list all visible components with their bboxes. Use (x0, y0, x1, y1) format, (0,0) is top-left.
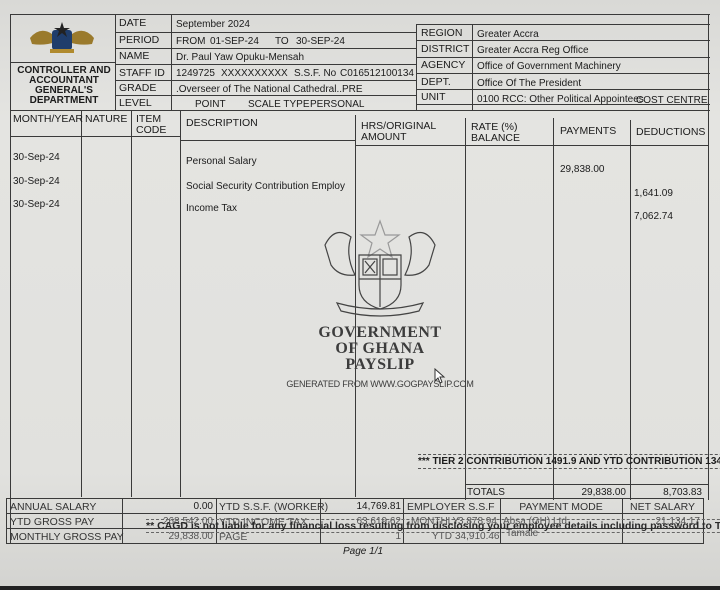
watermark-line-1: GOVERNMENT (280, 325, 480, 341)
row-month-year: 30-Sep-24 (13, 152, 60, 164)
watermark-line-3: PAYSLIP (280, 357, 480, 373)
district-label: DISTRICT (421, 43, 469, 55)
district-value: Greater Accra Reg Office (477, 45, 589, 57)
agency-label: AGENCY (421, 59, 465, 71)
monthly-gross-label: MONTHLY GROSS PAY (10, 531, 124, 543)
region-value: Greater Accra (477, 29, 539, 41)
annual-salary-label: ANNUAL SALARY (10, 501, 96, 513)
dept-line-4: DEPARTMENT (12, 96, 116, 106)
row-payment: 29,838.00 (560, 164, 605, 176)
ghana-coat-of-arms-icon (315, 215, 445, 325)
cost-centre-label: COST CENTRE (636, 95, 708, 107)
row-description: Social Security Contribution Employ (186, 181, 345, 193)
grade-value: .Overseer of The National Cathedral..PRE (176, 84, 363, 96)
period-label: PERIOD (119, 34, 159, 46)
cagd-disclaimer: ** CAGD is not liable for any financial … (146, 519, 720, 533)
dept-label: DEPT. (421, 76, 451, 88)
row-description: Personal Salary (186, 156, 257, 168)
annual-salary: 0.00 (125, 501, 213, 513)
page-number: Page 1/1 (343, 546, 383, 557)
period-from-label: FROM (176, 36, 205, 48)
employee-name: Dr. Paul Yaw Opuku-Mensah (176, 52, 304, 64)
unit-value: 0100 RCC: Other Political Appointees (477, 94, 644, 106)
department-name: CONTROLLER AND ACCOUNTANT GENERAL'S DEPA… (12, 66, 116, 106)
staff-id: 1249725 (176, 68, 215, 80)
date-label: DATE (119, 17, 146, 29)
period-to: 30-SEP-24 (296, 36, 345, 48)
ytd-gross-label: YTD GROSS PAY (10, 516, 94, 528)
ytd-ssf: 14,769.81 (323, 501, 401, 513)
row-deduction: 1,641.09 (634, 188, 673, 200)
employer-ssf-label: EMPLOYER S.S.F (407, 501, 495, 513)
col-description: DESCRIPTION (186, 117, 258, 129)
generated-from-note: GENERATED FROM WWW.GOGPAYSLIP.COM (280, 379, 480, 389)
row-month-year: 30-Sep-24 (13, 199, 60, 211)
row-deduction: 7,062.74 (634, 211, 673, 223)
col-month-year: MONTH/YEAR (13, 113, 83, 125)
ytd-ssf-label: YTD S.S.F. (WORKER) (219, 501, 328, 513)
mouse-cursor-icon (434, 368, 446, 389)
staff-id-label: STAFF ID (119, 67, 165, 79)
payslip-watermark: GOVERNMENT OF GHANA PAYSLIP GENERATED FR… (280, 215, 480, 389)
col-hrs-original-amount: HRS/ORIGINAL AMOUNT (361, 121, 461, 143)
date-value: September 2024 (176, 19, 250, 31)
net-salary-label: NET SALARY (622, 501, 703, 513)
col-deductions: DEDUCTIONS (636, 126, 705, 138)
monitor-bezel (0, 586, 720, 590)
staff-id-masked: XXXXXXXXXX (221, 68, 288, 80)
watermark-line-2: OF GHANA (280, 341, 480, 357)
coat-of-arms-logo (26, 20, 98, 56)
row-month-year: 30-Sep-24 (13, 176, 60, 188)
row-description: Income Tax (186, 203, 237, 215)
dept-value: Office Of The President (477, 78, 581, 90)
agency-value: Office of Government Machinery (477, 61, 621, 73)
region-label: REGION (421, 27, 462, 39)
col-payments: PAYMENTS (560, 125, 616, 137)
col-nature: NATURE (85, 113, 127, 125)
col-rate-balance: RATE (%) BALANCE (471, 122, 541, 144)
col-item-code: ITEM CODE (136, 114, 176, 136)
grade-label: GRADE (119, 82, 156, 94)
period-to-label: TO (275, 36, 289, 48)
tier2-contribution-note: *** TIER 2 CONTRIBUTION 1491.9 AND YTD C… (418, 454, 720, 469)
level-label: LEVEL (119, 97, 152, 109)
name-label: NAME (119, 50, 149, 62)
ssf-label: S.S.F. No (294, 68, 336, 80)
period-from: 01-SEP-24 (210, 36, 259, 48)
unit-label: UNIT (421, 91, 446, 103)
ssf-number: C016512100134 (340, 68, 414, 80)
payment-mode-label: PAYMENT MODE (500, 501, 622, 513)
